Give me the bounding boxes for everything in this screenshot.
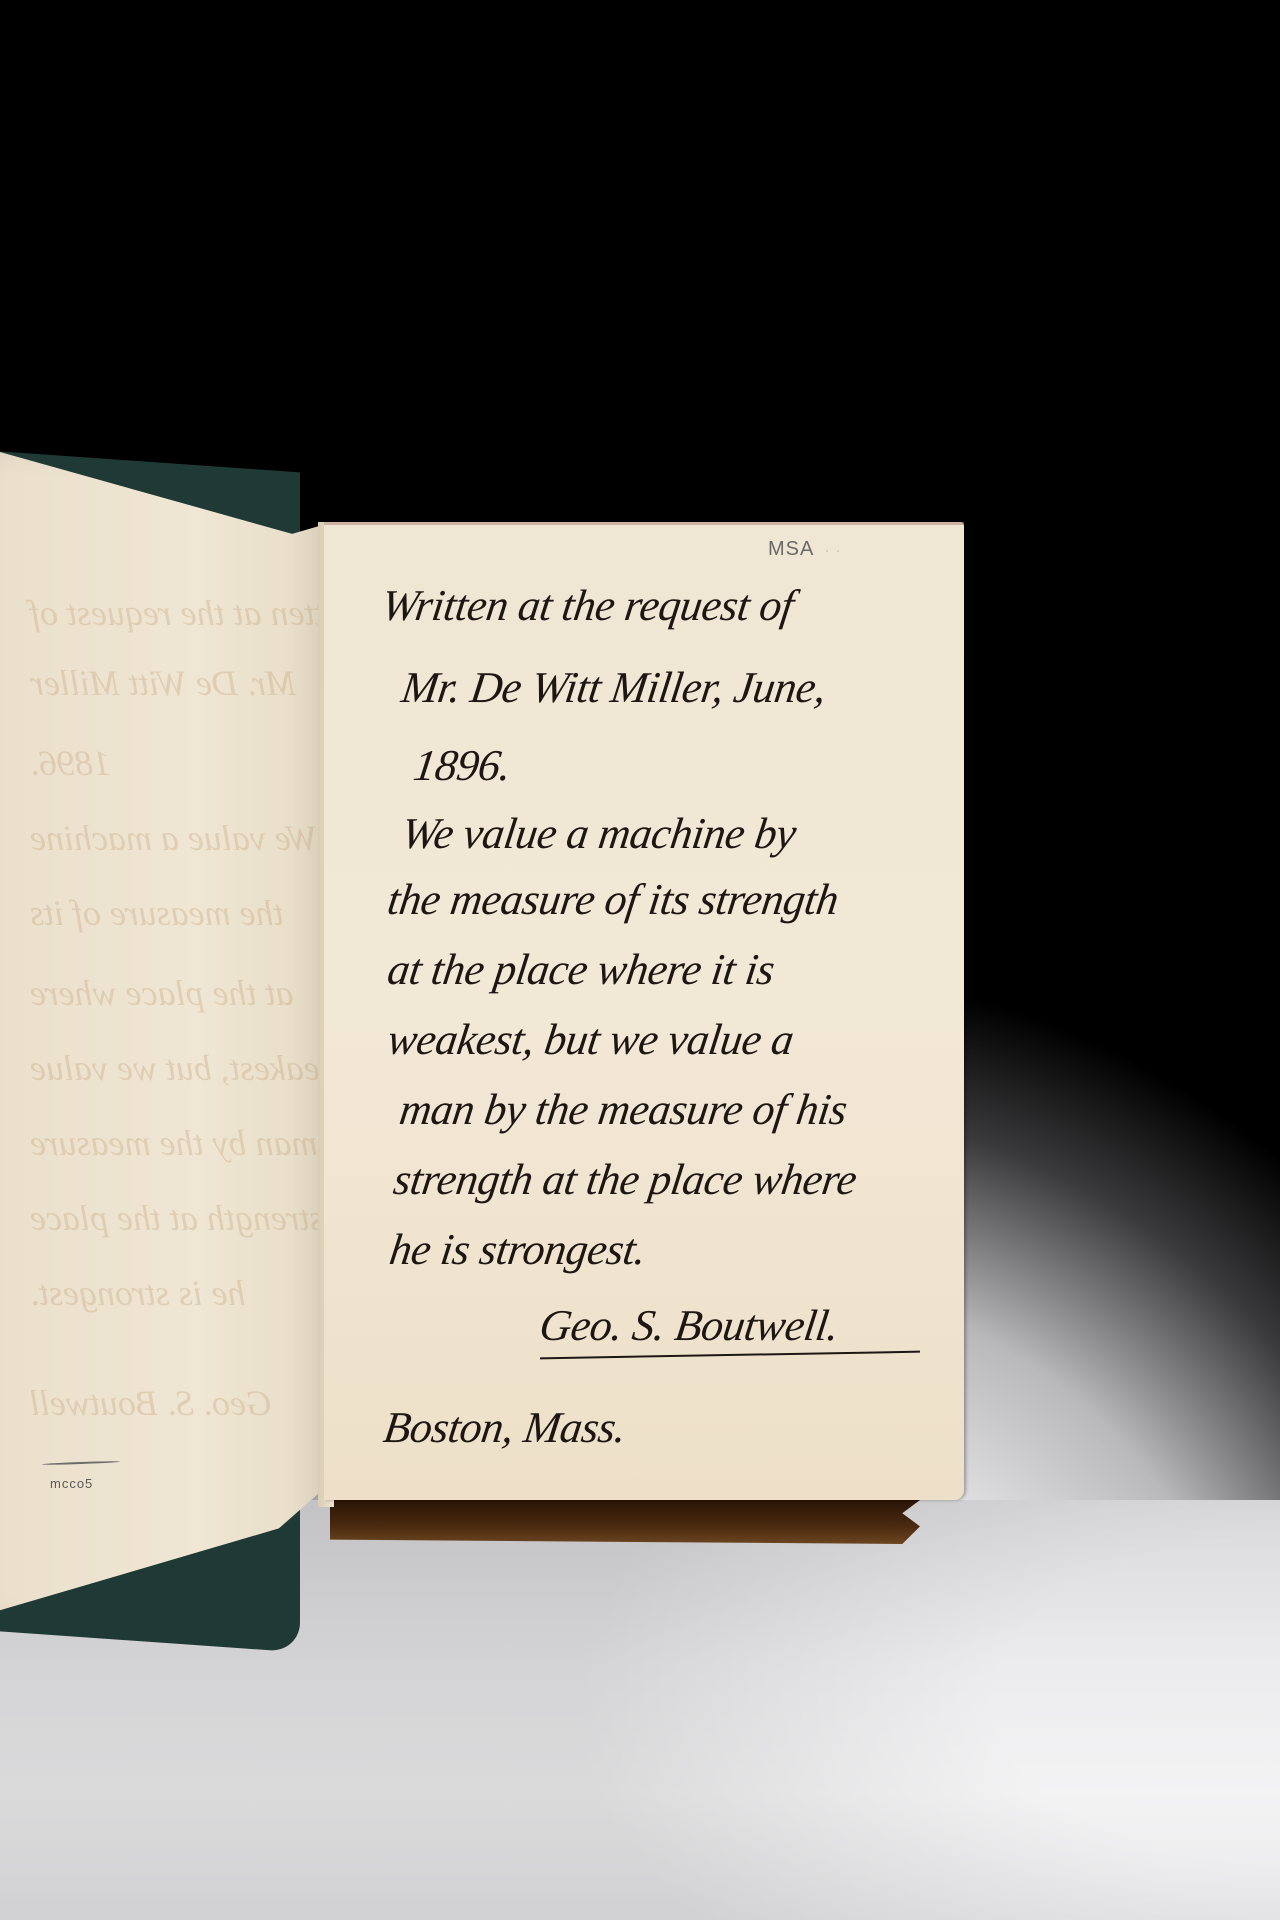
bleed-through-line: man by the measure [30, 1122, 318, 1164]
bleed-through-line: 1896. [30, 742, 111, 784]
inscription-line: Written at the request of [378, 580, 796, 631]
inscription-line: We value a machine by [398, 808, 799, 859]
left-page: Written at the request of Mr. De Witt Mi… [0, 452, 332, 1622]
bleed-through-line: the measure of its [30, 892, 284, 934]
bleed-through-line: Geo. S. Boutwell [30, 1382, 272, 1424]
bleed-through-line: weakest, but we value [30, 1047, 344, 1089]
inscription-line: at the place where it is [384, 944, 777, 995]
inscription-line: the measure of its strength [384, 874, 841, 925]
signature: Geo. S. Boutwell. [536, 1300, 841, 1351]
page-stack-shadow [330, 1500, 920, 1544]
inscription-line: 1896. [410, 740, 514, 791]
bleed-through-line: We value a machine [30, 817, 318, 859]
bleed-through-line: he is strongest. [30, 1272, 246, 1314]
place-line: Boston, Mass. [380, 1402, 629, 1453]
inscription-line: weakest, but we value a [384, 1014, 796, 1065]
left-pencil-note: mcco5 [50, 1476, 93, 1491]
signature-underline [540, 1351, 920, 1360]
inscription-line: he is strongest. [386, 1224, 649, 1275]
faint-pencil-mark: · · [824, 540, 841, 561]
right-page: MSA · · Written at the request of Mr. De… [324, 522, 964, 1500]
inscription-line: Mr. De Witt Miller, June, [398, 662, 829, 713]
inscription-line: strength at the place where [390, 1154, 859, 1205]
pencil-note-msa: MSA [768, 538, 814, 561]
bleed-through-line: Mr. De Witt Miller [30, 662, 296, 704]
inscription-line: man by the measure of his [396, 1084, 850, 1135]
bleed-through-line: strength at the place [30, 1197, 324, 1239]
bleed-through-line: at the place where [30, 972, 294, 1014]
